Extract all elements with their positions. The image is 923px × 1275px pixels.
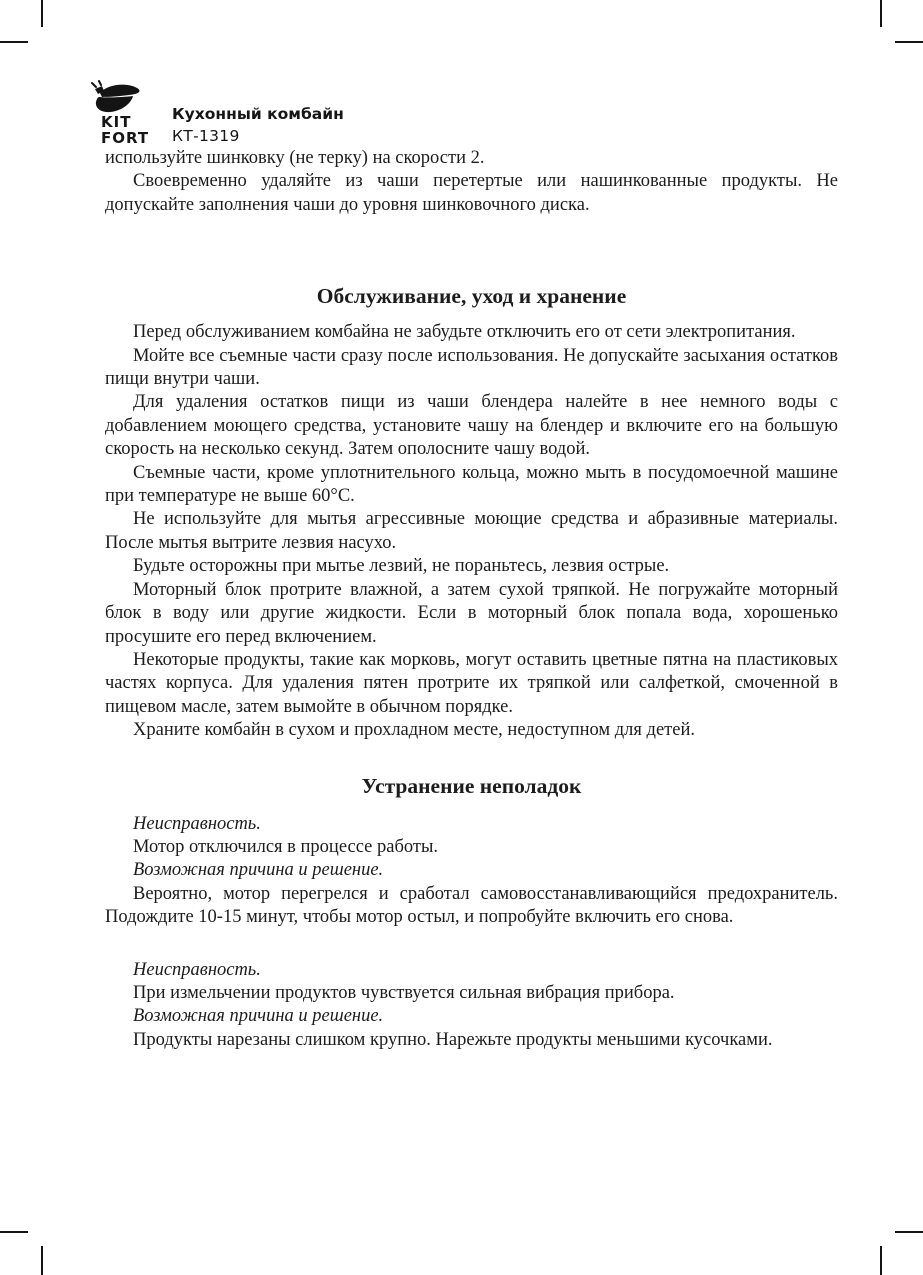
logo-text-kit: KIT xyxy=(101,114,162,130)
intro-continuation-paragraph: используйте шинковку (не терку) на скоро… xyxy=(105,147,838,170)
section-title-maintenance: Обслуживание, уход и хранение xyxy=(105,281,838,311)
crop-mark-top-right-horizontal xyxy=(895,41,923,43)
fault-description: Мотор отключился в процессе работы. xyxy=(105,836,838,859)
whale-with-plug-tail-icon xyxy=(87,80,162,116)
logo-text-fort: FORT xyxy=(101,130,162,146)
body-paragraph: Храните комбайн в сухом и прохладном мес… xyxy=(105,719,838,742)
intro-paragraph: Своевременно удаляйте из чаши перетертые… xyxy=(105,170,838,217)
fault-label: Неисправность. xyxy=(105,813,838,836)
product-header: Кухонный комбайн КТ-1319 xyxy=(172,105,344,146)
body-paragraph: Съемные части, кроме уплотнительного кол… xyxy=(105,462,838,509)
crop-mark-top-left-vertical xyxy=(41,0,43,27)
fault-description: При измельчении продуктов чувствуется си… xyxy=(105,982,838,1005)
crop-mark-top-left-horizontal xyxy=(0,41,28,43)
product-type: Кухонный комбайн xyxy=(172,105,344,124)
body-paragraph: Моторный блок протрите влажной, а затем … xyxy=(105,579,838,649)
cause-label: Возможная причина и решение. xyxy=(105,1005,838,1028)
cause-description: Вероятно, мотор перегрелся и сработал са… xyxy=(105,883,838,930)
crop-mark-bottom-left-vertical xyxy=(41,1246,43,1275)
troubleshooting-item: Неисправность. Мотор отключился в процес… xyxy=(105,813,838,930)
body-paragraph: Для удаления остатков пищи из чаши бленд… xyxy=(105,391,838,461)
section-title-troubleshooting: Устранение неполадок xyxy=(105,771,838,801)
crop-mark-top-right-vertical xyxy=(880,0,882,27)
body-paragraph: Не используйте для мытья агрессивные мою… xyxy=(105,508,838,555)
kitfort-logo: KIT FORT xyxy=(87,80,162,146)
cause-label: Возможная причина и решение. xyxy=(105,859,838,882)
page-content: используйте шинковку (не терку) на скоро… xyxy=(105,147,838,1052)
crop-mark-bottom-right-horizontal xyxy=(895,1231,923,1233)
product-model: КТ-1319 xyxy=(172,127,344,146)
body-paragraph: Будьте осторожны при мытье лезвий, не по… xyxy=(105,555,838,578)
crop-mark-bottom-left-horizontal xyxy=(0,1231,28,1233)
fault-label: Неисправность. xyxy=(105,959,838,982)
body-paragraph: Некоторые продукты, такие как морковь, м… xyxy=(105,649,838,719)
troubleshooting-item: Неисправность. При измельчении продуктов… xyxy=(105,959,838,1053)
crop-mark-bottom-right-vertical xyxy=(880,1246,882,1275)
manual-page: KIT FORT Кухонный комбайн КТ-1319 исполь… xyxy=(0,0,923,1275)
cause-description: Продукты нарезаны слишком крупно. Нарежь… xyxy=(105,1029,838,1052)
body-paragraph: Перед обслуживанием комбайна не забудьте… xyxy=(105,321,838,344)
body-paragraph: Мойте все съемные части сразу после испо… xyxy=(105,345,838,392)
